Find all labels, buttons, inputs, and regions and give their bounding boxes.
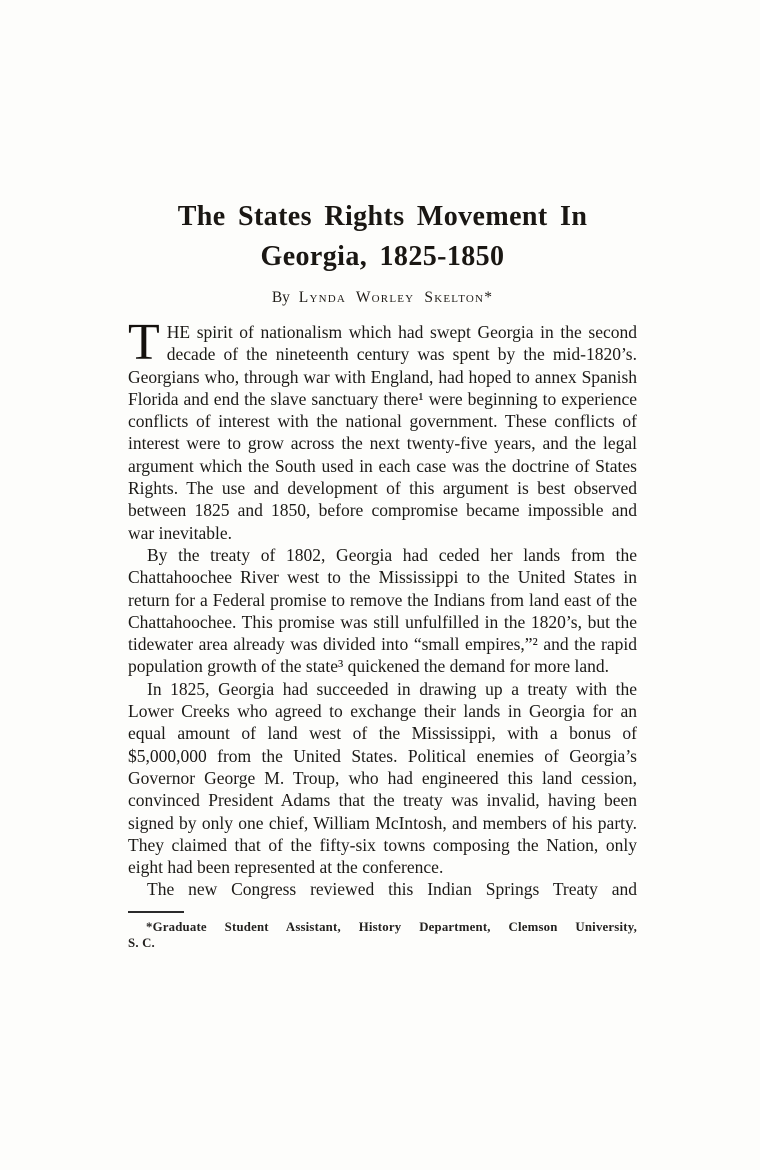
article-title-line-1: The States Rights Movement In — [128, 197, 637, 237]
paragraph-2: By the treaty of 1802, Georgia had ceded… — [128, 544, 637, 678]
dropcap-letter: T — [128, 321, 167, 365]
byline-author-name: Lynda Worley Skelton* — [299, 289, 493, 306]
scanned-journal-page: The States Rights Movement In Georgia, 1… — [0, 0, 760, 1170]
footnote-separator-rule — [128, 911, 184, 913]
footnote: *Graduate Student Assistant, History Dep… — [128, 919, 637, 952]
text-block: The States Rights Movement In Georgia, 1… — [128, 197, 637, 952]
paragraph-1: THE spirit of nationalism which had swep… — [128, 321, 637, 544]
article-title-line-2: Georgia, 1825-1850 — [128, 237, 637, 277]
paragraph-4: The new Congress reviewed this Indian Sp… — [128, 878, 637, 900]
footnote-line-2: S. C. — [128, 935, 637, 952]
byline-prefix: By — [272, 289, 290, 306]
paragraph-3: In 1825, Georgia had succeeded in drawin… — [128, 678, 637, 879]
article-body: THE spirit of nationalism which had swep… — [128, 321, 637, 901]
footnote-line-1: *Graduate Student Assistant, History Dep… — [128, 919, 637, 936]
byline: By Lynda Worley Skelton* — [128, 288, 637, 307]
paragraph-1-text: HE spirit of nationalism which had swept… — [128, 322, 637, 543]
article-title: The States Rights Movement In Georgia, 1… — [128, 197, 637, 277]
